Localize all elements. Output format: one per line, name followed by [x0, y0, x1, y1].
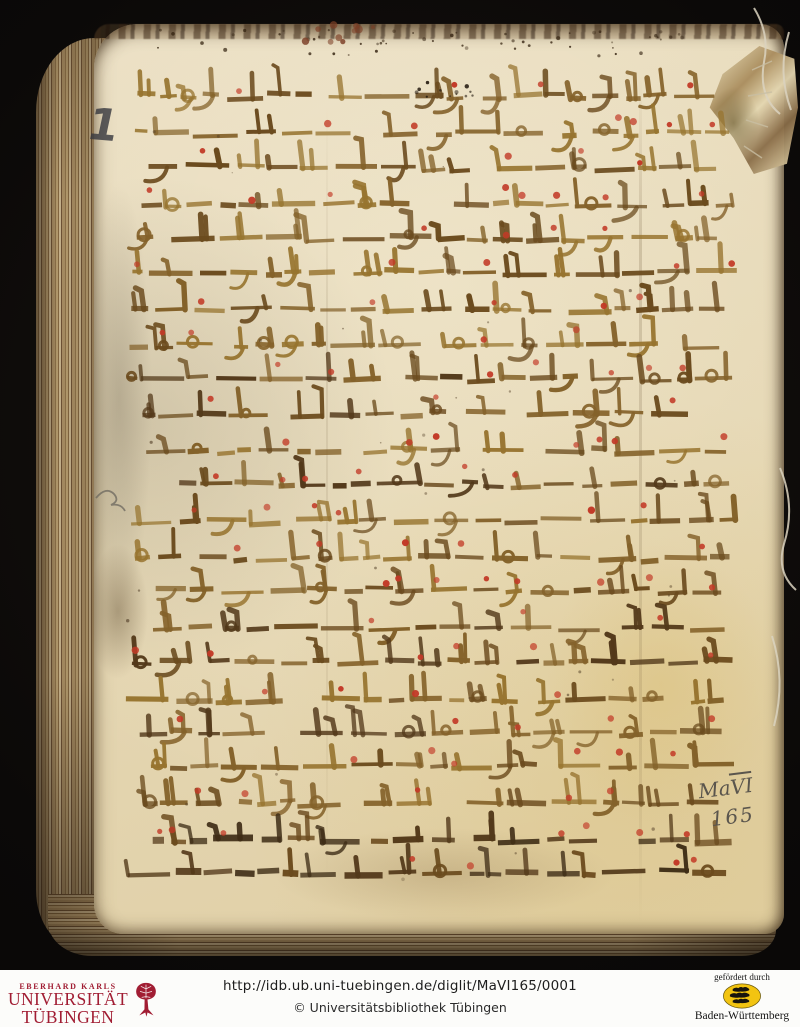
university-logo: EBERHARD KARLS UNIVERSITÄT TÜBINGEN — [5, 982, 131, 1027]
funding-region: Baden-Württemberg — [685, 1010, 799, 1022]
funding-credit: gefördert durch Baden-Württemberg — [685, 972, 799, 1022]
parchment-leaf — [94, 24, 784, 934]
stain-abrasion — [88, 544, 148, 679]
shelfmark-number: 165 — [709, 800, 758, 834]
shelfmark-numeral: VI — [729, 773, 754, 800]
funding-label: gefördert durch — [685, 972, 799, 982]
manuscript-photo: 1 MaVI 165 — [0, 0, 800, 970]
shelfmark-prefix: Ma — [697, 776, 732, 804]
crease-line — [326, 104, 328, 884]
stain-bottom — [274, 828, 614, 920]
codex-book-block — [36, 16, 792, 956]
pencil-shelfmark: MaVI 165 — [697, 771, 758, 835]
crease-line — [639, 74, 642, 924]
digitized-manuscript-page: 1 MaVI 165 EBERHARD KARLS UNIVERSITÄT TÜ… — [0, 0, 800, 1027]
source-url: http://idb.ub.uni-tuebingen.de/diglit/Ma… — [140, 978, 660, 994]
footer-bar: EBERHARD KARLS UNIVERSITÄT TÜBINGEN http… — [0, 970, 800, 1027]
copyright-line: © Universitätsbibliothek Tübingen — [140, 1000, 660, 1015]
footer-center-text: http://idb.ub.uni-tuebingen.de/diglit/Ma… — [140, 978, 660, 1015]
baden-wuerttemberg-arms-icon — [721, 983, 763, 1009]
stain-left-margin — [86, 184, 152, 614]
university-logo-city: TÜBINGEN — [5, 1009, 131, 1027]
